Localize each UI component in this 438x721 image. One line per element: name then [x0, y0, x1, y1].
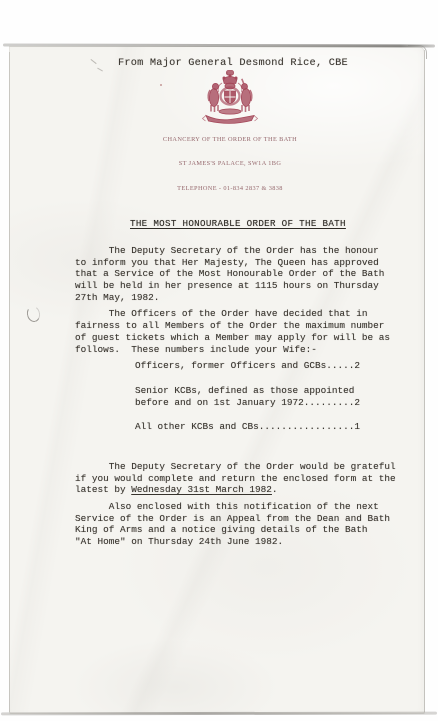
text-line: The Deputy Secretary of the Order would … [75, 461, 420, 473]
text-line: Officers, former Officers and GCBs.....2 [135, 360, 420, 372]
text-line: Senior KCBs, defined as those appointed [135, 385, 420, 397]
text-line: fairness to all Members of the Order the… [75, 320, 420, 332]
text-line: if you would complete and return the enc… [75, 473, 420, 485]
address-line: ST JAMES'S PALACE, SW1A 1BG [130, 160, 330, 168]
text-line: "At Home" on Thursday 24th June 1982. [75, 536, 420, 548]
text-line: The Deputy Secretary of the Order has th… [75, 245, 420, 257]
text-line: that a Service of the Most Honourable Or… [75, 268, 420, 280]
paragraph-lines: The Deputy Secretary of the Order has th… [75, 245, 420, 303]
ink-speck [160, 84, 162, 86]
text-line: All other KCBs and CBs.................1 [135, 421, 420, 433]
paragraph: The Deputy Secretary of the Order would … [75, 461, 420, 496]
list-item: All other KCBs and CBs.................1 [135, 421, 420, 433]
text-line: of guest tickets which a Member may appl… [75, 332, 420, 344]
text-line: will be held in her presence at 1115 hou… [75, 280, 420, 292]
text-line: latest by Wednesday 31st March 1982. [75, 484, 420, 496]
text-line: before and on 1st January 1972.........2 [135, 397, 420, 409]
paper-bottom-edge [1, 712, 437, 716]
list-item: Senior KCBs, defined as those appointedb… [135, 385, 420, 408]
royal-coat-of-arms-icon [197, 70, 263, 124]
paragraph: The Officers of the Order have decided t… [75, 308, 420, 355]
letter-body: The Deputy Secretary of the Order has th… [75, 245, 420, 553]
paragraph: Also enclosed with this notification of … [75, 501, 420, 548]
text-line: Service of the Order is an Appeal from t… [75, 513, 420, 525]
text-line: King of Arms and a notice giving details… [75, 524, 420, 536]
paper-right-edge [424, 50, 426, 712]
address-line: TELEPHONE - 01-834 2837 & 3838 [130, 185, 330, 193]
text-line: Also enclosed with this notification of … [75, 501, 420, 513]
letterhead-address: CHANCERY OF THE ORDER OF THE BATH ST JAM… [130, 119, 330, 202]
letter-title: THE MOST HONOURABLE ORDER OF THE BATH [130, 218, 346, 229]
paragraph-lines: Also enclosed with this notification of … [75, 501, 420, 548]
text-line: 27th May, 1982. [75, 292, 420, 304]
paragraph: The Deputy Secretary of the Order has th… [75, 245, 420, 303]
list-item: Officers, former Officers and GCBs.....2 [135, 360, 420, 372]
text-line: follows. These numbers include your Wife… [75, 344, 420, 356]
paragraph-lines: The Deputy Secretary of the Order would … [75, 461, 420, 496]
ticket-allocation-list: Officers, former Officers and GCBs.....2… [135, 360, 420, 433]
text-line: to inform you that Her Majesty, The Quee… [75, 257, 420, 269]
sender-line: From Major General Desmond Rice, CBE [118, 57, 348, 69]
paragraph-lines: The Officers of the Order have decided t… [75, 308, 420, 355]
paper-left-edge [9, 52, 10, 712]
address-line: CHANCERY OF THE ORDER OF THE BATH [130, 136, 330, 144]
text-line: The Officers of the Order have decided t… [75, 308, 420, 320]
